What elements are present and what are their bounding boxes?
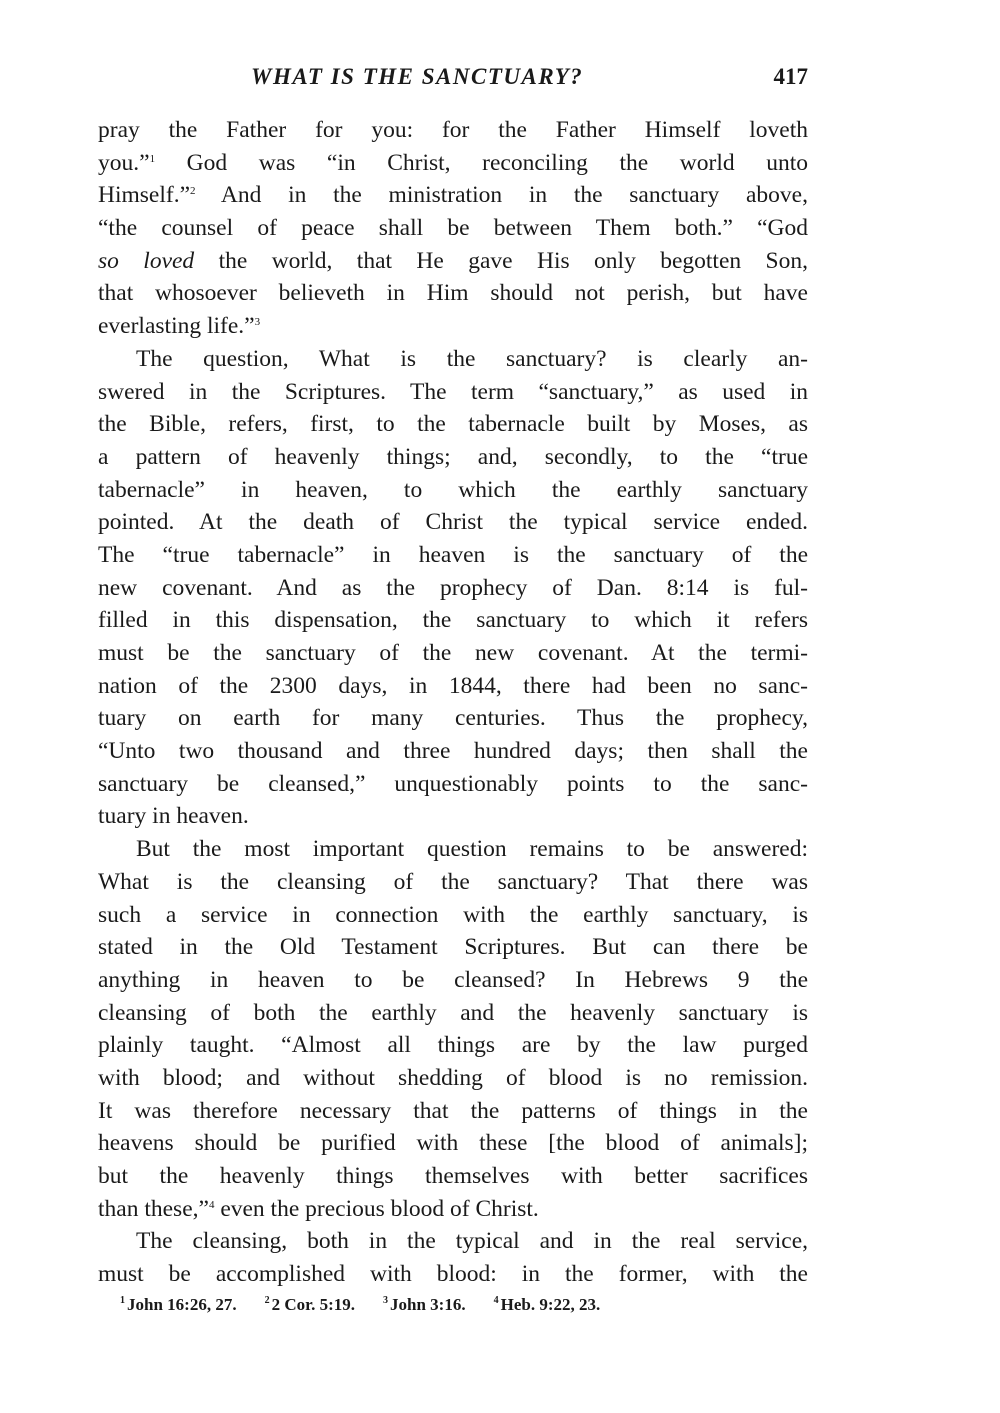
text-line: But the most important question remains … xyxy=(98,833,808,866)
paragraph: The question, What is the sanctuary? is … xyxy=(98,343,808,833)
text-line: sanctuary be cleansed,” unquestionably p… xyxy=(98,768,808,801)
footnote: 3John 3:16. xyxy=(383,1295,466,1315)
text-line: that whosoever believeth in Him should n… xyxy=(98,277,808,310)
footnote-number: 4 xyxy=(494,1295,499,1306)
text-line: such a service in connection with the ea… xyxy=(98,899,808,932)
text-line: a pattern of heavenly things; and, secon… xyxy=(98,441,808,474)
footnote-number: 2 xyxy=(265,1295,270,1306)
body-text: pray the Father for you: for the Father … xyxy=(98,114,808,1291)
footnote: 4Heb. 9:22, 23. xyxy=(494,1295,601,1315)
text-line: What is the cleansing of the sanctuary? … xyxy=(98,866,808,899)
footnote-reference: 4 xyxy=(209,1199,215,1211)
text-line: tuary on earth for many centuries. Thus … xyxy=(98,702,808,735)
paragraph: But the most important question remains … xyxy=(98,833,808,1225)
text-line: so loved the world, that He gave His onl… xyxy=(98,245,808,278)
footnote-reference: 1 xyxy=(150,153,156,165)
italic-emphasis: so loved xyxy=(98,248,194,274)
text-line: “Unto two thousand and three hundred day… xyxy=(98,735,808,768)
footnotes: 1John 16:26, 27.22 Cor. 5:19.3John 3:16.… xyxy=(120,1295,800,1315)
text-line: you.”1 God was “in Christ, reconciling t… xyxy=(98,147,808,180)
paragraph: pray the Father for you: for the Father … xyxy=(98,114,808,343)
text-line: The cleansing, both in the typical and i… xyxy=(98,1225,808,1258)
text-line: must be accomplished with blood: in the … xyxy=(98,1258,808,1291)
text-line: must be the sanctuary of the new covenan… xyxy=(98,637,808,670)
text-line: stated in the Old Testament Scriptures. … xyxy=(98,931,808,964)
footnote: 22 Cor. 5:19. xyxy=(265,1295,355,1315)
text-line: than these,”4 even the precious blood of… xyxy=(98,1193,808,1226)
text-line: anything in heaven to be cleansed? In He… xyxy=(98,964,808,997)
text-line: but the heavenly things themselves with … xyxy=(98,1160,808,1193)
text-line: pointed. At the death of Christ the typi… xyxy=(98,506,808,539)
text-line: heavens should be purified with these [t… xyxy=(98,1127,808,1160)
footnote-reference: 3 xyxy=(255,316,261,328)
paragraph: The cleansing, both in the typical and i… xyxy=(98,1225,808,1290)
text-line: Himself.”2 And in the ministration in th… xyxy=(98,179,808,212)
text-line: cleansing of both the earthly and the he… xyxy=(98,997,808,1030)
footnote: 1John 16:26, 27. xyxy=(120,1295,237,1315)
page-number: 417 xyxy=(774,64,809,90)
text-line: The “true tabernacle” in heaven is the s… xyxy=(98,539,808,572)
text-line: nation of the 2300 days, in 1844, there … xyxy=(98,670,808,703)
text-line: It was therefore necessary that the patt… xyxy=(98,1095,808,1128)
text-line: plainly taught. “Almost all things are b… xyxy=(98,1029,808,1062)
text-line: pray the Father for you: for the Father … xyxy=(98,114,808,147)
text-line: The question, What is the sanctuary? is … xyxy=(98,343,808,376)
text-line: with blood; and without shedding of bloo… xyxy=(98,1062,808,1095)
text-line: filled in this dispensation, the sanctua… xyxy=(98,604,808,637)
text-line: “the counsel of peace shall be between T… xyxy=(98,212,808,245)
text-line: tuary in heaven. xyxy=(98,800,808,833)
text-line: tabernacle” in heaven, to which the eart… xyxy=(98,474,808,507)
running-title: WHAT IS THE SANCTUARY? xyxy=(251,64,583,90)
text-line: the Bible, refers, first, to the taberna… xyxy=(98,408,808,441)
footnote-number: 1 xyxy=(120,1295,125,1306)
text-line: everlasting life.”3 xyxy=(98,310,808,343)
text-line: new covenant. And as the prophecy of Dan… xyxy=(98,572,808,605)
page-header: WHAT IS THE SANCTUARY? 417 xyxy=(98,64,808,100)
text-line: swered in the Scriptures. The term “sanc… xyxy=(98,376,808,409)
footnote-reference: 2 xyxy=(190,185,196,197)
footnote-number: 3 xyxy=(383,1295,388,1306)
